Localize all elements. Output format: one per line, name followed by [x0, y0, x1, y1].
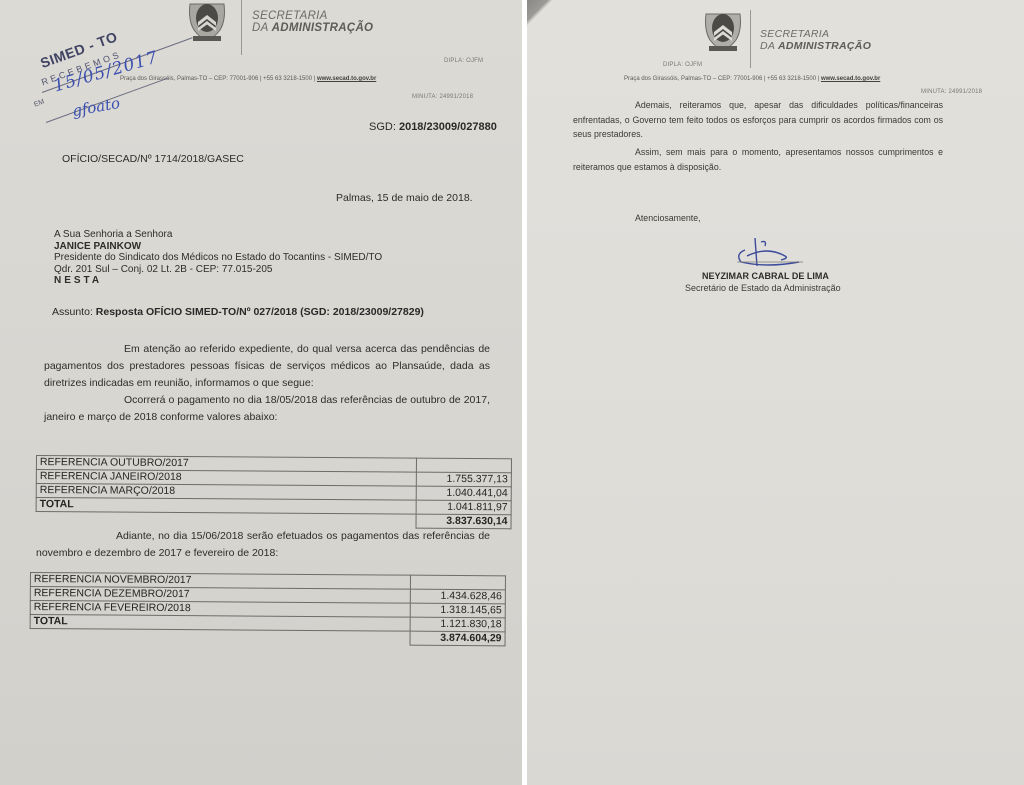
sgd-value: 2018/23009/027880: [399, 121, 497, 133]
addressee-title: Presidente do Sindicato dos Médicos no E…: [54, 252, 382, 264]
letterhead-bold: ADMINISTRAÇÃO: [272, 22, 374, 34]
total-amount: 3.874.604,29: [410, 631, 505, 646]
place-date: Palmas, 15 de maio de 2018.: [336, 192, 473, 204]
row-amount: 1.041.811,97: [416, 500, 511, 515]
secad-website-link[interactable]: www.secad.to.gov.br: [821, 76, 880, 82]
letterhead-administracao: DA ADMINISTRAÇÃO: [252, 22, 373, 34]
stamp-em-label: EM: [33, 98, 45, 108]
oficio-number: OFÍCIO/SECAD/Nº 1714/2018/GASEC: [62, 153, 244, 165]
paragraph-2: Assim, sem mais para o momento, apresent…: [573, 145, 943, 174]
address-text: Praça dos Girassóis, Palmas-TO – CEP: 77…: [624, 76, 821, 82]
letterhead-secretaria: SECRETARIA: [760, 28, 829, 40]
stamp-handwritten-signature: gfoato: [71, 94, 122, 120]
payment-table-june: REFERENCIA NOVEMBRO/2017 REFERENCIA DEZE…: [30, 572, 506, 646]
row-amount: 1.755.377,13: [416, 472, 511, 487]
sgd-number: SGD: 2018/23009/027880: [369, 121, 497, 133]
paragraph-1: Em atenção ao referido expediente, do qu…: [44, 341, 490, 392]
total-amount: 3.837.630,14: [416, 514, 511, 529]
signer-role: Secretário de Estado da Administração: [685, 283, 841, 293]
letterhead-address: Praça dos Girassóis, Palmas-TO – CEP: 77…: [624, 76, 880, 82]
letterhead-divider: [241, 0, 242, 55]
row-amount: 1.318.145,65: [410, 603, 505, 618]
received-stamp: SIMED - TO RECEBEMOS EM 15/05/2017 gfoat…: [14, 40, 189, 130]
coat-of-arms-icon: [700, 10, 746, 54]
letterhead-administracao: DA ADMINISTRAÇÃO: [760, 40, 871, 52]
addressee-nesta: NESTA: [54, 275, 382, 287]
letterhead-bold: ADMINISTRAÇÃO: [778, 40, 871, 52]
dipla-code: DIPLA: OJFM: [444, 58, 483, 64]
subject-line: Assunto: Resposta OFÍCIO SIMED-TO/Nº 027…: [52, 306, 424, 318]
addressee-name: JANICE PAINKOW: [54, 241, 382, 253]
minuta-code: MINUTA: 24991/2018: [921, 89, 982, 95]
document-page-2: SECRETARIA DA ADMINISTRAÇÃO DIPLA: OJFM …: [527, 0, 1024, 785]
row-amount: 1.434.628,46: [410, 589, 505, 604]
letterhead-divider: [750, 10, 751, 68]
document-page-1: SECRETARIA DA ADMINISTRAÇÃO DIPLA: OJFM …: [0, 0, 522, 785]
signer-name: NEYZIMAR CABRAL DE LIMA: [702, 271, 829, 281]
closing: Atenciosamente,: [635, 213, 701, 223]
table-row-total-value: 3.874.604,29: [30, 629, 505, 646]
addressee-salutation: A Sua Senhoria a Senhora: [54, 229, 382, 241]
row-amount: [416, 458, 511, 473]
sgd-label: SGD:: [369, 121, 399, 133]
letterhead-secretaria: SECRETARIA: [252, 10, 328, 22]
dipla-code: DIPLA: OJFM: [663, 62, 702, 68]
row-amount: [410, 575, 505, 590]
table-row-total-value: 3.837.630,14: [36, 512, 511, 529]
letterhead-prefix: DA: [252, 22, 272, 34]
letterhead-prefix: DA: [760, 40, 778, 52]
minuta-code: MINUTA: 24991/2018: [412, 94, 473, 100]
addressee-address: Qdr. 201 Sul – Conj. 02 Lt. 2B - CEP: 77…: [54, 264, 382, 276]
payment-table-may: REFERENCIA OUTUBRO/2017 REFERENCIA JANEI…: [36, 455, 512, 529]
subject-value: Resposta OFÍCIO SIMED-TO/Nº 027/2018 (SG…: [96, 306, 424, 318]
row-amount: 1.121.830,18: [410, 617, 505, 632]
paragraph-2: Ocorrerá o pagamento no dia 18/05/2018 d…: [44, 392, 490, 426]
secad-website-link[interactable]: www.secad.to.gov.br: [317, 76, 376, 82]
row-amount: 1.040.441,04: [416, 486, 511, 501]
page-corner-fold: [527, 0, 553, 26]
subject-label: Assunto:: [52, 306, 96, 318]
signature-scribble-icon: [727, 236, 805, 270]
paragraph-3: Adiante, no dia 15/06/2018 serão efetuad…: [36, 528, 490, 562]
paragraph-1: Ademais, reiteramos que, apesar das difi…: [573, 98, 943, 142]
addressee-block: A Sua Senhoria a Senhora JANICE PAINKOW …: [54, 229, 382, 287]
